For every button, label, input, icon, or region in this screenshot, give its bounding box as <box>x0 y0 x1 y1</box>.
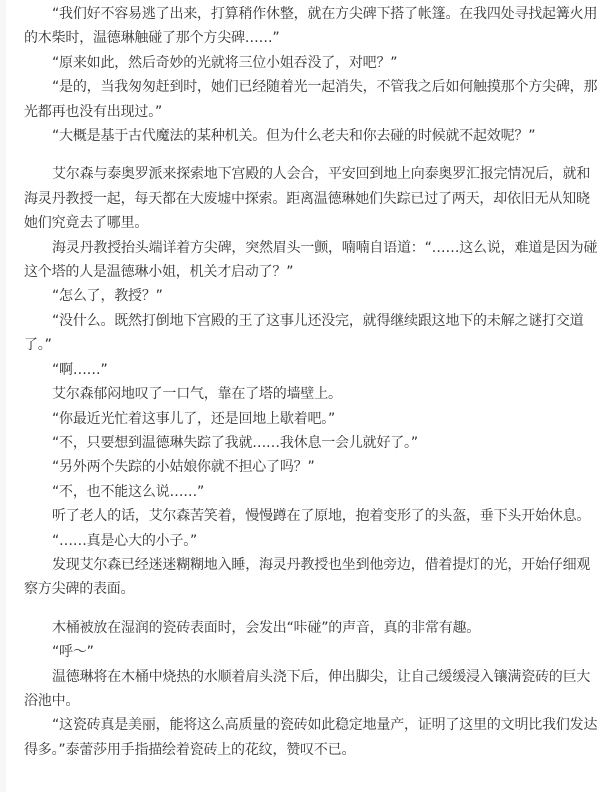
paragraph: 艾尔森郁闷地叹了一口气，靠在了塔的墙壁上。 <box>24 382 598 406</box>
paragraph: “原来如此，然后奇妙的光就将三位小姐吞没了，对吧？” <box>24 51 598 75</box>
paragraph: 发现艾尔森已经迷迷糊糊地入睡，海灵丹教授也坐到他旁边，借着提灯的光，开始仔细观察… <box>24 553 598 602</box>
paragraph: “……真是心大的小子。” <box>24 529 598 553</box>
paragraph: “呼～” <box>24 640 598 664</box>
paragraph: “没什么。既然打倒地下宫殿的王了这事儿还没完，就得继续跟这地下的未解之谜打交道了… <box>24 309 598 358</box>
paragraph: “不，也不能这么说……” <box>24 480 598 504</box>
paragraph: 温德琳将在木桶中烧热的水顺着肩头浇下后，伸出脚尖，让自己缓缓浸入镶满瓷砖的巨大浴… <box>24 665 598 714</box>
paragraph: “你最近光忙着这事儿了，还是回地上歇着吧。” <box>24 407 598 431</box>
paragraph: “大概是基于古代魔法的某种机关。但为什么老夫和你去碰的时候就不起效呢？” <box>24 124 598 148</box>
page-margin-strip <box>0 0 6 792</box>
paragraph: 海灵丹教授抬头端详着方尖碑，突然眉头一颤，喃喃自语道：“……这么说，难道是因为碰… <box>24 236 598 285</box>
article-body: “我们好不容易逃了出来，打算稍作休整，就在方尖碑下搭了帐篷。在我四处寻找起篝火用… <box>24 2 598 762</box>
paragraph: 听了老人的话，艾尔森苦笑着，慢慢蹲在了原地，抱着变形了的头盔，垂下头开始休息。 <box>24 504 598 528</box>
paragraph: 木桶被放在湿润的瓷砖表面时，会发出“咔碰”的声音，真的非常有趣。 <box>24 616 598 640</box>
paragraph: “这瓷砖真是美丽，能将这么高质量的瓷砖如此稳定地量产，证明了这里的文明比我们发达… <box>24 713 598 762</box>
paragraph: “不，只要想到温德琳失踪了我就……我休息一会儿就好了。” <box>24 431 598 455</box>
section-break <box>24 602 598 616</box>
paragraph: “另外两个失踪的小姑娘你就不担心了吗？” <box>24 455 598 479</box>
paragraph: “啊……” <box>24 358 598 382</box>
section-break <box>24 148 598 162</box>
paragraph: “是的，当我匆匆赶到时，她们已经随着光一起消失，不管我之后如何触摸那个方尖碑，那… <box>24 75 598 124</box>
paragraph: 艾尔森与泰奥罗派来探索地下宫殿的人会合，平安回到地上向泰奥罗汇报完情况后，就和海… <box>24 162 598 235</box>
paragraph: “我们好不容易逃了出来，打算稍作休整，就在方尖碑下搭了帐篷。在我四处寻找起篝火用… <box>24 2 598 51</box>
paragraph: “怎么了，教授？” <box>24 284 598 308</box>
